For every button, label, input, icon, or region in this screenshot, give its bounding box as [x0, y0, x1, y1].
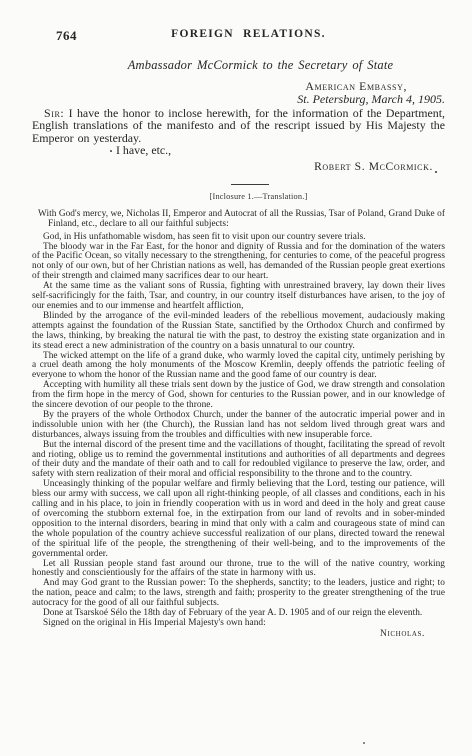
inclosure-paragraph: At the same time as the valiant sons of …: [32, 282, 445, 312]
page-header: 764 FOREIGN RELATIONS.: [32, 28, 445, 44]
inclosure-paragraph: And may God grant to the Russian power: …: [32, 579, 445, 609]
print-artifact-dot: [435, 171, 437, 173]
inclosure-paragraph: By the prayers of the whole Orthodox Chu…: [32, 411, 445, 441]
letter-title: Ambassador McCormick to the Secretary of…: [54, 58, 467, 73]
inclosure-signature: Nicholas.: [32, 629, 445, 639]
inclosure-paragraph: But the internal discord of the present …: [32, 441, 445, 481]
embassy-line: American Embassy,: [32, 80, 445, 93]
letter-signature: Robert S. McCormick.: [32, 160, 445, 173]
letter-closing: I have, etc.,: [32, 144, 445, 157]
running-header: FOREIGN RELATIONS.: [42, 28, 455, 40]
print-artifact-dot: [363, 742, 365, 744]
inclosure-paragraph: Unceasingly thinking of the popular welf…: [32, 480, 445, 559]
signature-text: Robert S. McCormick.: [314, 160, 433, 173]
place-date-line: St. Petersburg, March 4, 1905.: [32, 93, 445, 106]
letter-address-block: American Embassy, St. Petersburg, March …: [32, 80, 445, 105]
closing-text: I have, etc.,: [116, 143, 171, 157]
letter-body-paragraph: Sir: I have the honor to inclose herewit…: [32, 107, 445, 144]
letter-body-text: I have the honor to inclose herewith, fo…: [32, 106, 445, 145]
document-page: 764 FOREIGN RELATIONS. Ambassador McCorm…: [0, 0, 472, 756]
section-divider-rule: [231, 184, 269, 185]
inclosure-signature-text: Nicholas.: [380, 629, 425, 639]
inclosure-body: With God's mercy, we, Nicholas II, Emper…: [32, 210, 445, 629]
inclosure-paragraph: With God's mercy, we, Nicholas II, Emper…: [32, 210, 445, 230]
inclosure-section: [Inclosure 1.—Translation.] With God's m…: [32, 192, 445, 640]
inclosure-paragraph: Accepting with humility all these trials…: [32, 381, 445, 411]
inclosure-paragraph: Signed on the original in His Imperial M…: [32, 619, 445, 629]
inclosure-paragraph: The wicked attempt on the life of a gran…: [32, 352, 445, 382]
inclosure-paragraph: Let all Russian people stand fast around…: [32, 560, 445, 580]
inclosure-caption: [Inclosure 1.—Translation.]: [52, 192, 465, 201]
letter-section: Ambassador McCormick to the Secretary of…: [32, 58, 445, 173]
inclosure-paragraph: Blinded by the arrogance of the evil-min…: [32, 312, 445, 352]
print-artifact-dot: [110, 150, 112, 152]
inclosure-paragraph: The bloody war in the Far East, for the …: [32, 243, 445, 283]
